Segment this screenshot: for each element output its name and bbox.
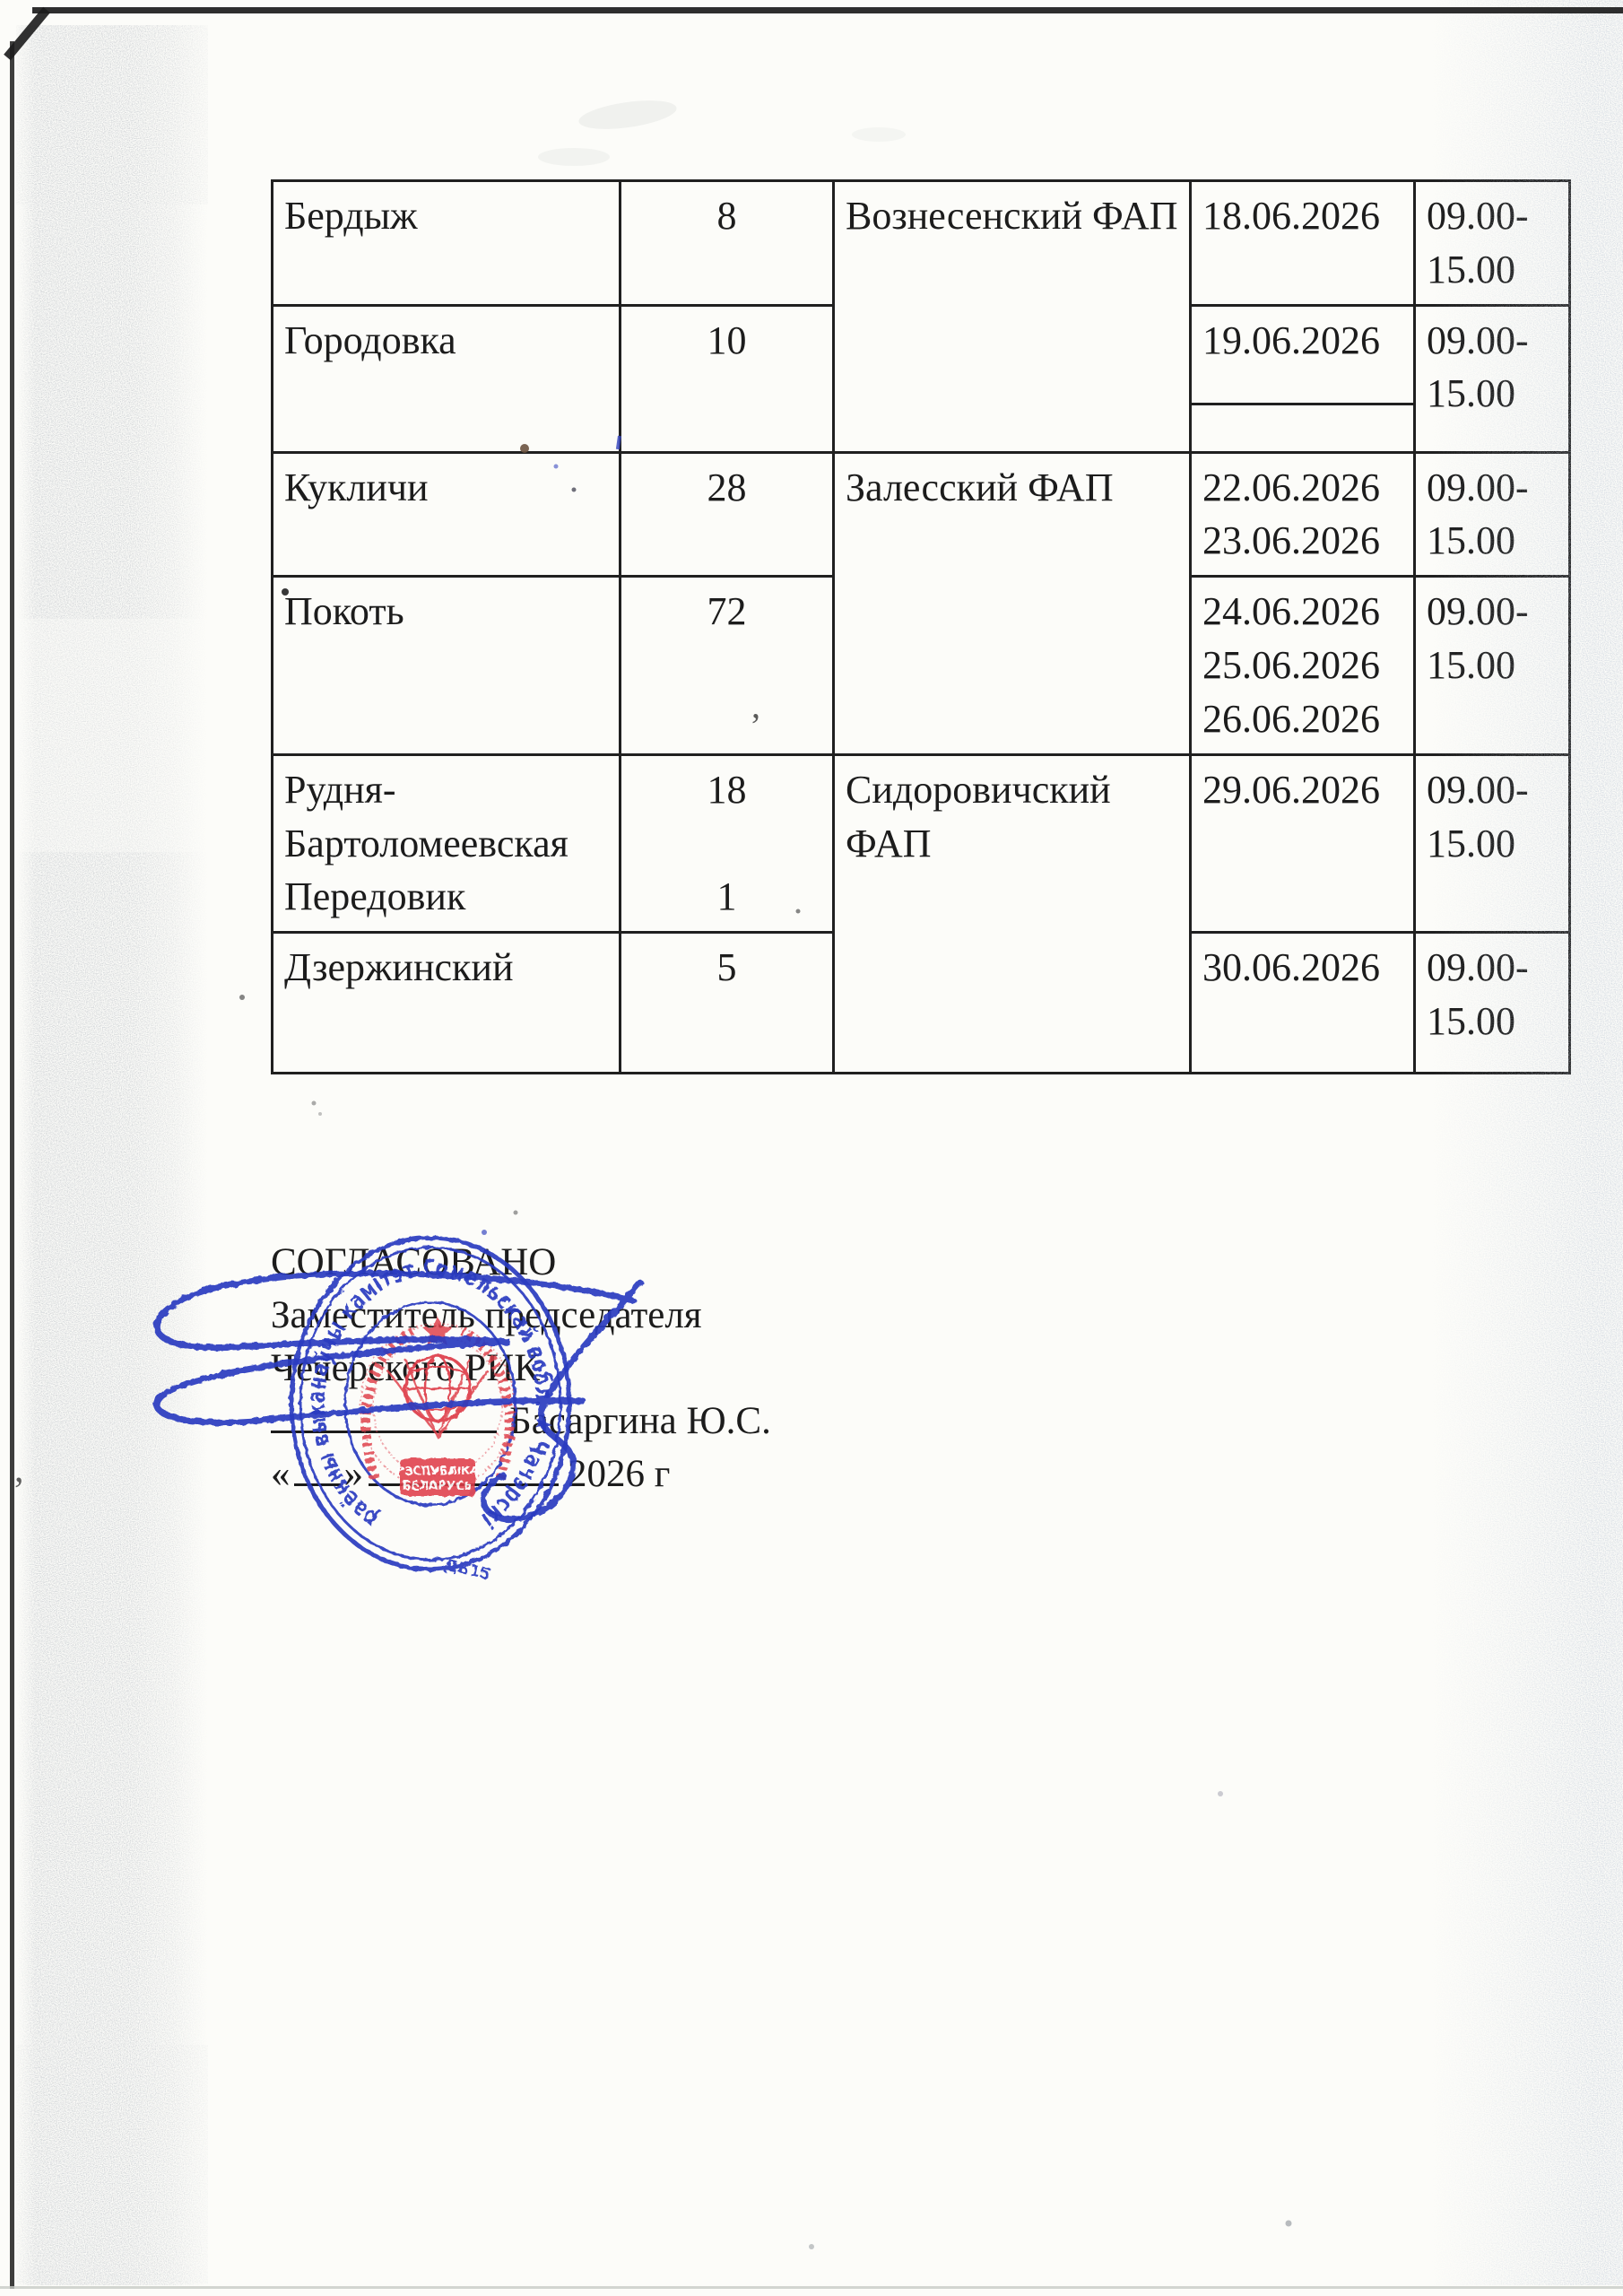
date-line: «»2026 г — [271, 1448, 1006, 1500]
cell-dates: 22.06.2026 23.06.2026 — [1191, 452, 1415, 577]
cell-count: 72 — [621, 577, 834, 754]
cell-settlement: Городовка — [273, 305, 621, 452]
cell-dates: 29.06.2026 — [1191, 754, 1415, 932]
cell-dates: 24.06.2026 25.06.2026 26.06.2026 — [1191, 577, 1415, 754]
cell-dates: 19.06.2026 — [1191, 305, 1415, 404]
schedule-table-wrap: Бердыж 8 Вознесенский ФАП 18.06.2026 09.… — [271, 179, 1571, 1074]
cell-fap: Залесский ФАП — [834, 452, 1191, 754]
year-label: 2026 г — [568, 1453, 670, 1495]
cell-settlement: Дзержинский — [273, 933, 621, 1074]
approval-title: СОГЛАСОВАНО — [271, 1236, 1006, 1289]
svg-text:,: , — [14, 1449, 24, 1491]
left-noise-band — [16, 25, 208, 2285]
quote-close: » — [344, 1453, 364, 1495]
cell-dates: 30.06.2026 — [1191, 933, 1415, 1074]
signature-underline — [271, 1396, 497, 1433]
scanned-document-page: Бердыж 8 Вознесенский ФАП 18.06.2026 09.… — [0, 0, 1623, 2296]
cell-count: 5 — [621, 933, 834, 1074]
cell-settlement: Покоть — [273, 577, 621, 754]
cell-fap: Сидоровичский ФАП — [834, 754, 1191, 1073]
schedule-table: Бердыж 8 Вознесенский ФАП 18.06.2026 09.… — [271, 179, 1571, 1074]
cell-time: 09.00-15.00 — [1415, 181, 1570, 306]
cell-dates: 18.06.2026 — [1191, 181, 1415, 306]
cell-time: 09.00-15.00 — [1415, 452, 1570, 577]
table-row: Бердыж 8 Вознесенский ФАП 18.06.2026 09.… — [273, 181, 1570, 306]
cell-count: 18 1 — [621, 754, 834, 932]
cell-dates-empty — [1191, 404, 1415, 452]
scan-smudges — [538, 95, 906, 166]
approval-position-line2: Чечерского РИК — [271, 1342, 1006, 1395]
approval-position-line1: Заместитель председателя — [271, 1289, 1006, 1342]
month-underline — [369, 1449, 559, 1486]
stamp-serial: ДВ15 — [443, 1556, 492, 1583]
cell-settlement: Рудня-Бартоломеевская Передовик — [273, 754, 621, 932]
cell-time: 09.00-15.00 — [1415, 577, 1570, 754]
approver-name: Басаргина Ю.С. — [509, 1400, 771, 1442]
cell-time: 09.00-15.00 — [1415, 933, 1570, 1074]
cell-settlement: Бердыж — [273, 181, 621, 306]
day-underline — [294, 1449, 341, 1486]
signature-line: Басаргина Ю.С. — [271, 1395, 1006, 1448]
table-row: Рудня-Бартоломеевская Передовик 18 1 Сид… — [273, 754, 1570, 932]
cell-settlement: Кукличи — [273, 452, 621, 577]
approval-block: СОГЛАСОВАНО Заместитель председателя Чеч… — [271, 1236, 1006, 1500]
cell-fap: Вознесенский ФАП — [834, 181, 1191, 453]
cell-count: 28 — [621, 452, 834, 577]
quote-open: « — [271, 1453, 291, 1495]
cell-count: 10 — [621, 305, 834, 452]
cell-time: 09.00-15.00 — [1415, 305, 1570, 452]
cell-count: 8 — [621, 181, 834, 306]
cell-time: 09.00-15.00 — [1415, 754, 1570, 932]
table-row: Кукличи 28 Залесский ФАП 22.06.2026 23.0… — [273, 452, 1570, 577]
